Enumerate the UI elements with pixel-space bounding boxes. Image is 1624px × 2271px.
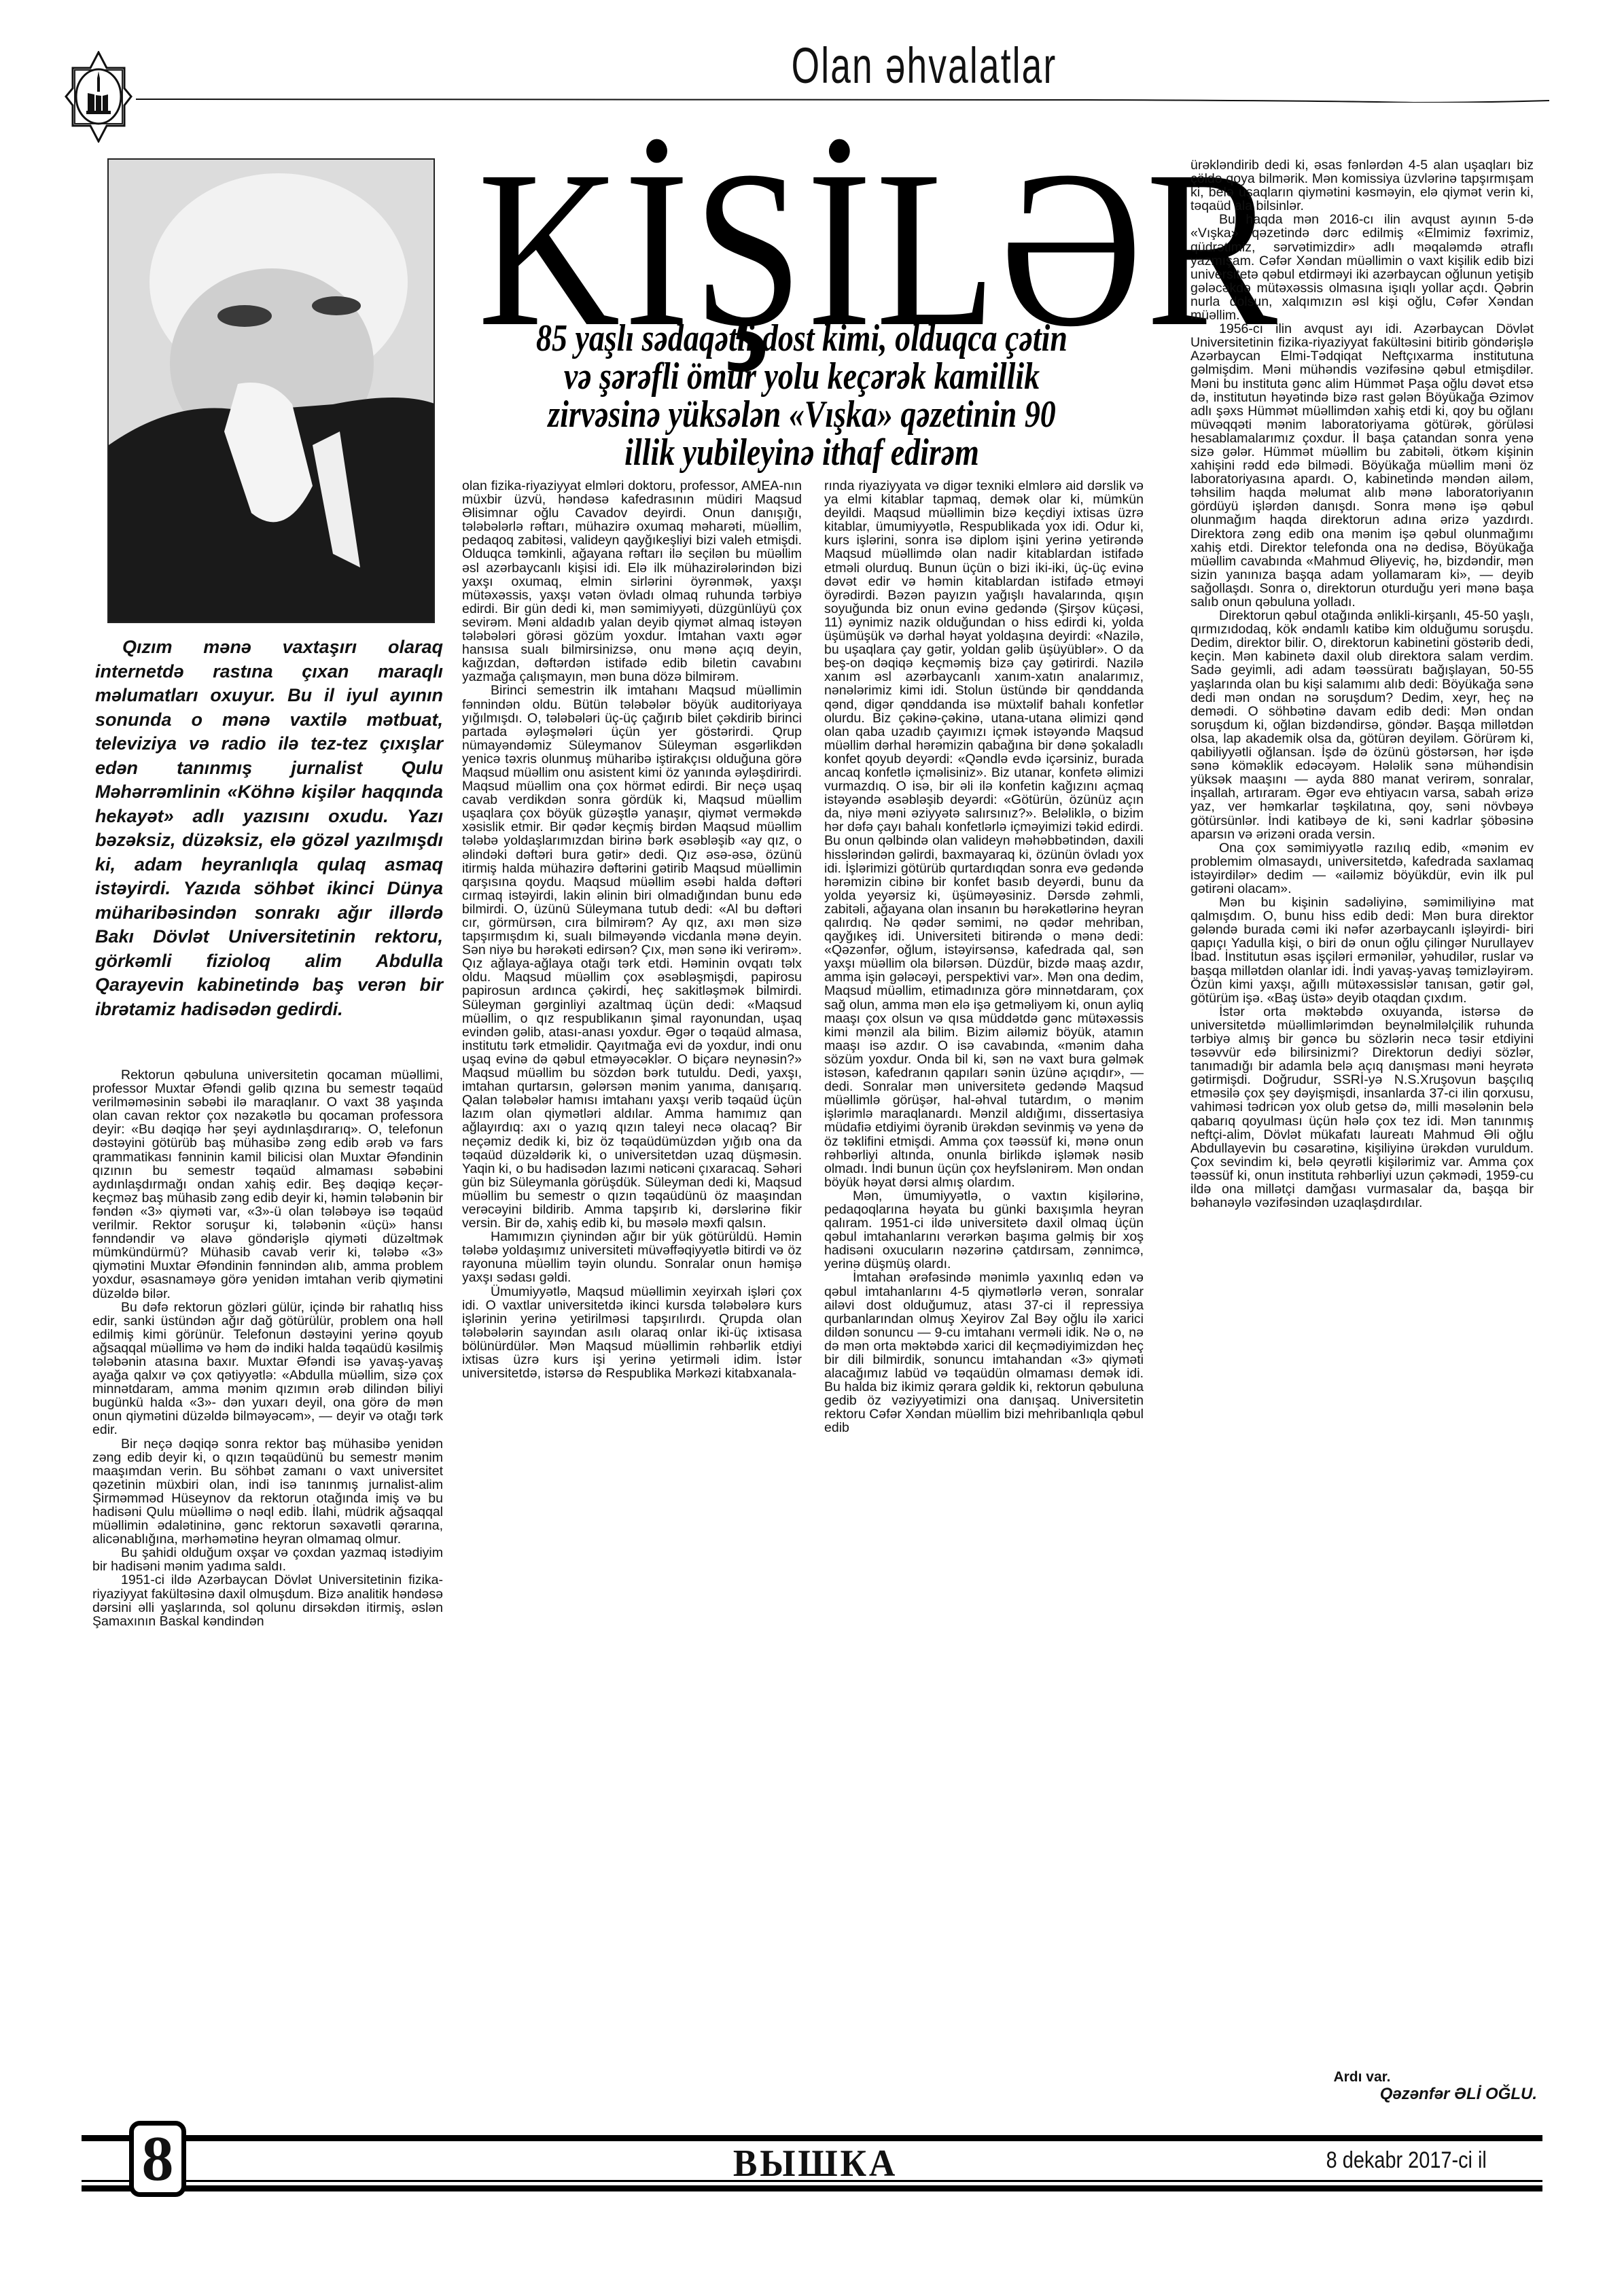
paragraph: Mən, ümumiyyətlə, o vaxtın kişilərinə, p… — [824, 1189, 1144, 1271]
page-number: 8 — [129, 2121, 186, 2197]
page-footer: 8 ВЫШКА 8 dekabr 2017-ci il — [82, 2119, 1542, 2197]
paragraph: rında riyaziyyata və digər texniki elmlə… — [824, 479, 1144, 1189]
article-column-1: Rektorun qəbuluna universitetin qocaman … — [92, 1068, 443, 2105]
header-rule — [136, 99, 1549, 103]
paragraph: Mən bu kişinin sadəliyinə, səmimiliyinə … — [1190, 896, 1534, 1005]
paragraph: Bu haqda mən 2016-cı ilin avqust ayının … — [1190, 213, 1534, 322]
paragraph: Hamımızın çiynindən ağır bir yük götürül… — [462, 1230, 802, 1284]
author-signature: Qəzənfər ƏLİ OĞLU. — [1380, 2085, 1537, 2104]
article-subtitle: 85 yaşlı sədaqətli dost kimi, olduqca çə… — [523, 319, 1080, 472]
continuation-note: Ardı var. — [1190, 2069, 1534, 2085]
paragraph: Bu dəfə rektorun gözləri gülür, içində b… — [92, 1301, 443, 1437]
paragraph: Ümumiyyətlə, Maqsud müəllimin xeyirxah i… — [462, 1285, 802, 1381]
footer-rule-bottom — [82, 2185, 1542, 2191]
oil-derrick-star-icon — [65, 51, 133, 143]
paragraph: 1951-ci ildə Azərbaycan Dövlət Universit… — [92, 1573, 443, 1627]
article-column-2: olan fizika-riyaziyyat elmləri doktoru, … — [462, 479, 802, 2105]
paragraph: Bu şahidi olduğum oxşar və çoxdan yazmaq… — [92, 1546, 443, 1573]
paragraph: İmtahan ərəfəsində mənimlə yaxınlıq edən… — [824, 1271, 1144, 1434]
newspaper-masthead: ВЫШКА — [686, 2145, 945, 2183]
article-column-3: rında riyaziyyata və digər texniki elmlə… — [824, 479, 1144, 2105]
paragraph: Ona çox səmimiyyətlə razılıq edib, «məni… — [1190, 841, 1534, 896]
article-lead: Qızım mənə vaxtaşırı olaraq internetdə r… — [95, 635, 443, 1021]
paragraph: olan fizika-riyaziyyat elmləri doktoru, … — [462, 479, 802, 684]
footer-rule-top — [82, 2135, 1542, 2141]
paragraph: 1956-cı ilin avqust ayı idi. Azərbaycan … — [1190, 322, 1534, 609]
portrait-figure — [109, 160, 435, 623]
article-headline: KİŞİLƏR — [478, 160, 1106, 339]
article-column-4: ürəkləndirib dedi ki, əsas fənlərdən 4-5… — [1190, 158, 1534, 2068]
paragraph: İstər orta məktəbdə oxuyanda, istərsə də… — [1190, 1005, 1534, 1210]
paragraph: Rektorun qəbuluna universitetin qocaman … — [92, 1068, 443, 1301]
paragraph: ürəkləndirib dedi ki, əsas fənlərdən 4-5… — [1190, 158, 1534, 213]
newspaper-emblem — [65, 51, 133, 143]
issue-date: 8 dekabr 2017-ci il — [1326, 2147, 1487, 2174]
portrait-photo — [107, 158, 435, 623]
paragraph: Bir neçə dəqiqə sonra rektor baş mühasib… — [92, 1437, 443, 1547]
paragraph: Direktorun qəbul otağında ənlikli-kirşan… — [1190, 609, 1534, 841]
section-title: Olan əhvalatlar — [728, 41, 1120, 91]
paragraph: Birinci semestrin ilk imtahanı Maqsud mü… — [462, 684, 802, 1230]
